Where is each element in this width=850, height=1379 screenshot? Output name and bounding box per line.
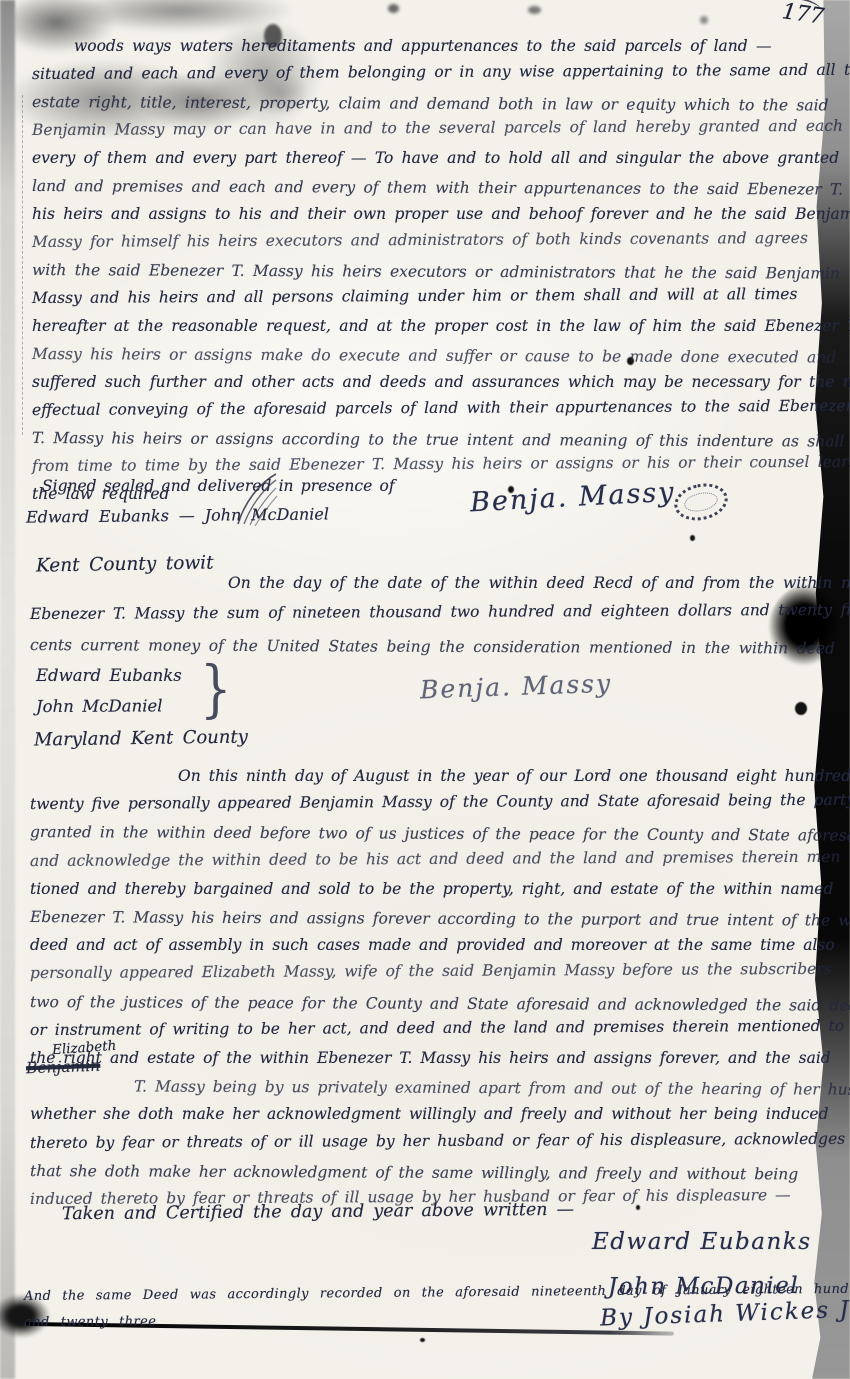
manuscript-line: land and premises and each and every of … (32, 172, 810, 203)
manuscript-line: and acknowledge the within deed to be hi… (30, 843, 814, 875)
receipt-signature: Benja. Massy (420, 669, 613, 705)
manuscript-line: from time to time by the said Ebenezer T… (32, 448, 810, 480)
brace-icon: } (200, 652, 232, 725)
manuscript-line: Massy and his heirs and all persons clai… (32, 280, 810, 312)
manuscript-line: or instrument of writing to be her act, … (30, 1012, 814, 1044)
manuscript-line: the right and estate of the within Ebene… (30, 1044, 814, 1072)
manuscript-line: effectual conveying of the aforesaid par… (32, 392, 810, 424)
manuscript-line: Massy his heirs or assigns make do execu… (32, 340, 810, 371)
manuscript-line: Ebenezer T. Massy his heirs and assigns … (30, 903, 814, 935)
manuscript-line: Ebenezer T. Massy the sum of nineteen th… (30, 595, 812, 630)
manuscript-line: every of them and every part thereof — T… (32, 144, 810, 172)
margin-rule (22, 95, 24, 435)
stain-speck (528, 6, 541, 14)
acknowledgment-lines: On this ninth day of August in the year … (30, 762, 814, 1213)
manuscript-line: tioned and thereby bargained and sold to… (30, 875, 814, 903)
attestation-line: Signed sealed and delivered in presence … (42, 477, 395, 495)
manuscript-line: situated and each and every of them belo… (32, 56, 810, 88)
ink-blot (420, 1338, 425, 1342)
manuscript-line: T. Massy being by us privately examined … (30, 1072, 814, 1104)
left-edge-shadow (0, 0, 15, 1379)
stain-speck (388, 4, 399, 13)
manuscript-line: twenty five personally appeared Benjamin… (30, 786, 814, 818)
receipt-lines: On the day of the date of the within dee… (30, 568, 812, 661)
certifier-signature: Edward Eubanks (592, 1220, 812, 1265)
witness-name: Edward Eubanks (36, 660, 182, 691)
ink-blot (795, 702, 807, 715)
stain-speck (700, 16, 708, 24)
manuscript-line: hereafter at the reasonable request, and… (32, 312, 810, 340)
manuscript-line: personally appeared Elizabeth Massy, wif… (30, 955, 814, 987)
manuscript-line: thereto by fear or threats of or ill usa… (30, 1125, 814, 1157)
certification-line: Taken and Certified the day and year abo… (62, 1200, 574, 1224)
struck-word: Benjamin (26, 1057, 101, 1078)
acknowledgment-heading: Maryland Kent County (34, 727, 248, 751)
witness-name: John McDaniel (36, 690, 182, 722)
receipt-witnesses: Edward EubanksJohn McDaniel (36, 660, 182, 722)
manuscript-line: Massy for himself his heirs executors an… (32, 224, 810, 256)
page-number: 177 (780, 0, 825, 30)
manuscript-line: whether she doth make her acknowledgment… (30, 1100, 814, 1128)
manuscript-line: On the day of the date of the within dee… (30, 568, 812, 599)
ink-blot (690, 535, 695, 541)
manuscript-line: Benjamin Massy may or can have in and to… (32, 112, 810, 144)
execution-witnesses: Edward Eubanks — John McDaniel (26, 504, 329, 526)
deed-body: woods ways waters hereditaments and appu… (32, 32, 810, 508)
scanned-deed-page: 177 woods ways waters hereditaments and … (0, 0, 850, 1379)
